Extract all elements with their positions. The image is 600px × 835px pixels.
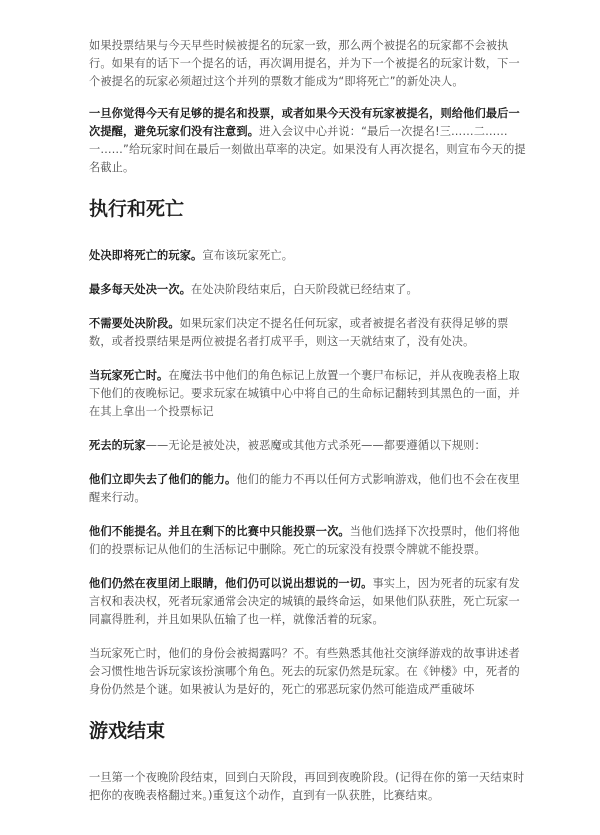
execution-paragraph: 不需要处决阶段。如果玩家们决定不提名任何玩家，或者被提名者没有获得足够的票数，或… [89, 315, 530, 351]
paragraph-text: ——无论是被处决，被恶魔或其他方式杀死——都要遵循以下规则： [146, 439, 486, 452]
paragraph-bold-lead: 他们立即失去了他们的能力。 [89, 473, 236, 486]
paragraph-text: 一旦第一个夜晚阶段结束，回到白天阶段，再回到夜晚阶段。(记得在你的第一天结束时把… [89, 771, 524, 802]
paragraph-text: 在处决阶段结束后，白天阶段就已经结束了。 [191, 283, 418, 296]
section-heading-execution: 执行和死亡 [89, 197, 530, 221]
paragraph-bold-lead: 不需要处决阶段。 [89, 317, 180, 330]
paragraph-bold-lead: 他们不能提名。并且在剩下的比赛中只能投票一次。 [89, 525, 350, 538]
game-end-paragraph: 一旦第一个夜晚阶段结束，回到白天阶段，再回到夜晚阶段。(记得在你的第一天结束时把… [89, 769, 530, 805]
paragraph-bold-lead: 当玩家死亡时。 [89, 369, 168, 382]
paragraph-bold-lead: 最多每天处决一次。 [89, 283, 191, 296]
paragraph-text: 当玩家死亡时，他们的身份会被揭露吗？不。有些熟悉其他社交演绎游戏的故事讲述者会习… [89, 647, 520, 696]
paragraph-bold-lead: 处决即将死亡的玩家。 [89, 249, 202, 262]
execution-paragraph: 他们立即失去了他们的能力。他们的能力不再以任何方式影响游戏，他们也不会在夜里醒来… [89, 471, 530, 507]
section-heading-game-end: 游戏结束 [89, 719, 530, 743]
execution-paragraph: 他们仍然在夜里闭上眼睛，他们仍可以说出想说的一切。事实上，因为死者的玩家有发言权… [89, 575, 530, 629]
intro-paragraph-last-call: 一旦你觉得今天有足够的提名和投票，或者如果今天没有玩家被提名，则给他们最后一次提… [89, 105, 530, 177]
paragraph-text: 如果投票结果与今天早些时候被提名的玩家一致，那么两个被提名的玩家都不会被执行。如… [89, 39, 520, 88]
paragraph-bold-lead: 他们仍然在夜里闭上眼睛，他们仍可以说出想说的一切。 [89, 577, 372, 590]
execution-paragraph: 他们不能提名。并且在剩下的比赛中只能投票一次。当他们选择下次投票时，他们将他们的… [89, 523, 530, 559]
document-page: 如果投票结果与今天早些时候被提名的玩家一致，那么两个被提名的玩家都不会被执行。如… [0, 0, 600, 805]
execution-paragraph: 当玩家死亡时，他们的身份会被揭露吗？不。有些熟悉其他社交演绎游戏的故事讲述者会习… [89, 645, 530, 699]
execution-paragraph: 最多每天处决一次。在处决阶段结束后，白天阶段就已经结束了。 [89, 281, 530, 299]
execution-paragraph: 当玩家死亡时。在魔法书中他们的角色标记上放置一个裹尸布标记，并从夜晚表格上取下他… [89, 367, 530, 421]
intro-paragraph-tie: 如果投票结果与今天早些时候被提名的玩家一致，那么两个被提名的玩家都不会被执行。如… [89, 37, 530, 91]
execution-paragraph: 死去的玩家——无论是被处决，被恶魔或其他方式杀死——都要遵循以下规则： [89, 437, 530, 455]
execution-paragraph: 处决即将死亡的玩家。宣布该玩家死亡。 [89, 247, 530, 265]
paragraph-text: 宣布该玩家死亡。 [202, 249, 293, 262]
paragraph-bold-lead: 死去的玩家 [89, 439, 146, 452]
